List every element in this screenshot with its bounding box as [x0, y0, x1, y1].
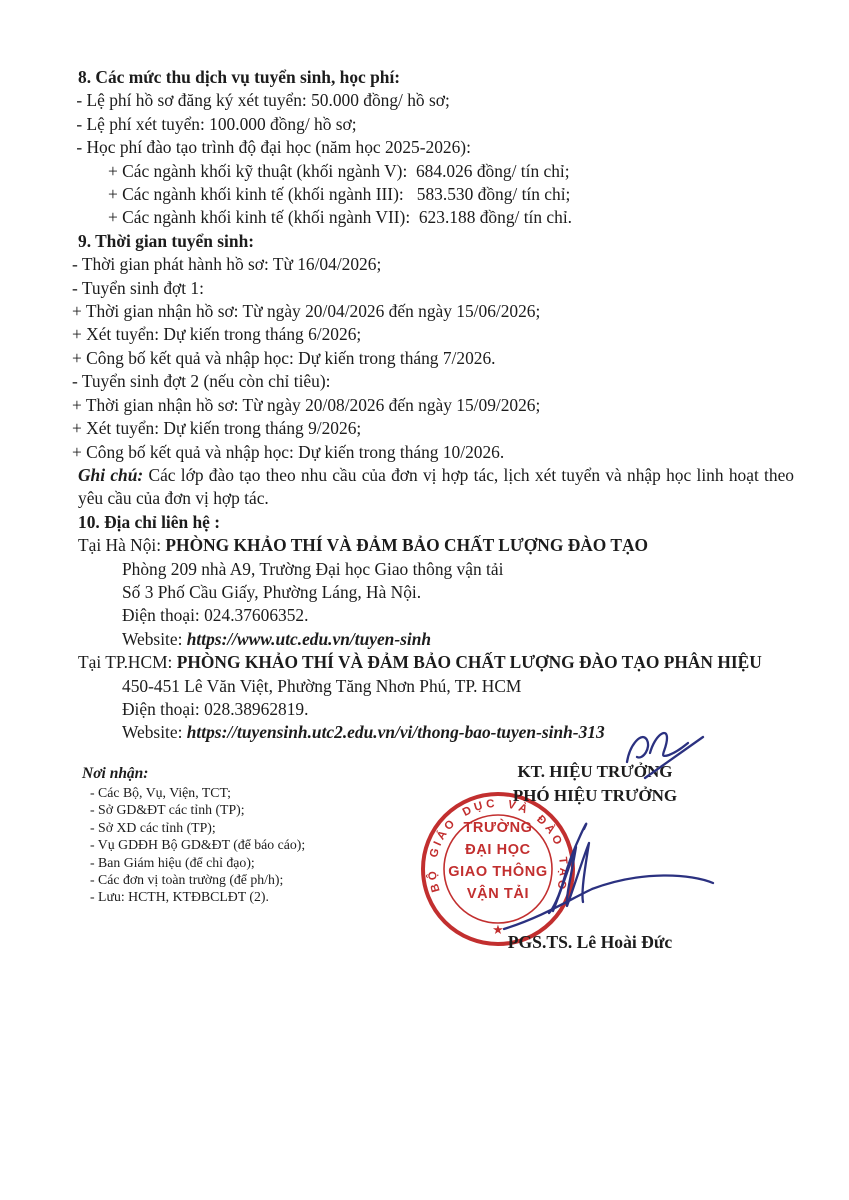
university-stamp: BỘ GIÁO DỤC VÀ ĐÀO TẠO TRƯỜNG ĐẠI HỌC GI…: [419, 790, 577, 948]
recipient-item: - Sở XD các tỉnh (TP);: [90, 819, 412, 836]
fee-subitem: + Các ngành khối kỹ thuật (khối ngành V)…: [78, 160, 794, 183]
note-label: Ghi chú:: [78, 465, 143, 485]
fee-section-heading: 8. Các mức thu dịch vụ tuyển sinh, học p…: [78, 66, 794, 89]
contact-office-name: PHÒNG KHẢO THÍ VÀ ĐẢM BẢO CHẤT LƯỢNG ĐÀO…: [165, 535, 648, 555]
contact-section-heading: 10. Địa chỉ liên hệ :: [78, 511, 794, 534]
contact-line: Phòng 209 nhà A9, Trường Đại học Giao th…: [78, 558, 794, 581]
schedule-section-heading: 9. Thời gian tuyển sinh:: [78, 230, 794, 253]
stamp-center-line: ĐẠI HỌC: [465, 842, 530, 858]
fee-subitem: + Các ngành khối kinh tế (khối ngành III…: [78, 183, 794, 206]
contact-location-prefix: Tại Hà Nội:: [78, 535, 165, 555]
schedule-item: + Thời gian nhận hồ sơ: Từ ngày 20/08/20…: [72, 394, 794, 417]
document-body: 8. Các mức thu dịch vụ tuyển sinh, học p…: [78, 66, 794, 745]
schedule-item: + Xét tuyển: Dự kiến trong tháng 6/2026;: [72, 323, 794, 346]
note-paragraph: Ghi chú: Các lớp đào tạo theo nhu cầu củ…: [78, 464, 794, 511]
stamp-center-line: GIAO THÔNG: [448, 862, 547, 880]
schedule-item: - Tuyển sinh đợt 1:: [72, 277, 794, 300]
note-text: Các lớp đào tạo theo nhu cầu của đơn vị …: [78, 465, 794, 508]
stamp-center-line: TRƯỜNG: [463, 818, 532, 836]
signer-name: PGS.TS. Lê Hoài Đức: [455, 932, 725, 953]
stamp-graphic: BỘ GIÁO DỤC VÀ ĐÀO TẠO TRƯỜNG ĐẠI HỌC GI…: [419, 790, 577, 948]
contact-line: 450-451 Lê Văn Việt, Phường Tăng Nhơn Ph…: [78, 675, 794, 698]
contact-office-name: PHÒNG KHẢO THÍ VÀ ĐẢM BẢO CHẤT LƯỢNG ĐÀO…: [177, 652, 762, 672]
website-link[interactable]: https://tuyensinh.utc2.edu.vn/vi/thong-b…: [187, 722, 605, 742]
phone-line: Điện thoại: 024.37606352.: [78, 604, 794, 627]
contact-line: Số 3 Phố Cầu Giấy, Phường Láng, Hà Nội.: [78, 581, 794, 604]
schedule-item: - Tuyển sinh đợt 2 (nếu còn chỉ tiêu):: [72, 370, 794, 393]
website-label: Website:: [122, 722, 187, 742]
recipient-item: - Lưu: HCTH, KTĐBCLĐT (2).: [90, 888, 412, 905]
fee-item: - Lệ phí hồ sơ đăng ký xét tuyển: 50.000…: [72, 89, 794, 112]
recipient-item: - Các Bộ, Vụ, Viện, TCT;: [90, 784, 412, 801]
contact-location-prefix: Tại TP.HCM:: [78, 652, 177, 672]
stamp-center-line: VẬN TẢI: [467, 884, 529, 902]
recipients-block: Nơi nhận: - Các Bộ, Vụ, Viện, TCT; - Sở …: [82, 764, 412, 906]
schedule-item: + Công bố kết quả và nhập học: Dự kiến t…: [72, 347, 794, 370]
phone-line: Điện thoại: 028.38962819.: [78, 698, 794, 721]
contact-hanoi-title: Tại Hà Nội: PHÒNG KHẢO THÍ VÀ ĐẢM BẢO CH…: [78, 534, 794, 557]
recipients-label: Nơi nhận:: [82, 764, 412, 784]
fee-subitem: + Các ngành khối kinh tế (khối ngành VII…: [78, 206, 794, 229]
fee-item: - Lệ phí xét tuyển: 100.000 đồng/ hồ sơ;: [72, 113, 794, 136]
fee-item: - Học phí đào tạo trình độ đại học (năm …: [72, 136, 794, 159]
schedule-item: + Thời gian nhận hồ sơ: Từ ngày 20/04/20…: [72, 300, 794, 323]
schedule-item: + Công bố kết quả và nhập học: Dự kiến t…: [72, 441, 794, 464]
schedule-item: - Thời gian phát hành hồ sơ: Từ 16/04/20…: [72, 253, 794, 276]
schedule-item: + Xét tuyển: Dự kiến trong tháng 9/2026;: [72, 417, 794, 440]
recipient-item: - Vụ GDĐH Bộ GD&ĐT (để báo cáo);: [90, 836, 412, 853]
recipient-item: - Các đơn vị toàn trường (để ph/h);: [90, 871, 412, 888]
website-line: Website: https://tuyensinh.utc2.edu.vn/v…: [78, 721, 794, 744]
recipient-item: - Ban Giám hiệu (để chỉ đạo);: [90, 854, 412, 871]
position-line: PHÓ HIỆU TRƯỞNG: [470, 784, 720, 808]
kt-line: KT. HIỆU TRƯỞNG: [470, 760, 720, 784]
website-label: Website:: [122, 629, 187, 649]
contact-hcm-title: Tại TP.HCM: PHÒNG KHẢO THÍ VÀ ĐẢM BẢO CH…: [78, 651, 794, 674]
website-link[interactable]: https://www.utc.edu.vn/tuyen-sinh: [187, 629, 431, 649]
document-page: 8. Các mức thu dịch vụ tuyển sinh, học p…: [0, 0, 849, 1200]
recipient-item: - Sở GD&ĐT các tỉnh (TP);: [90, 801, 412, 818]
signature-heading: KT. HIỆU TRƯỞNG PHÓ HIỆU TRƯỞNG: [470, 760, 720, 807]
website-line: Website: https://www.utc.edu.vn/tuyen-si…: [78, 628, 794, 651]
